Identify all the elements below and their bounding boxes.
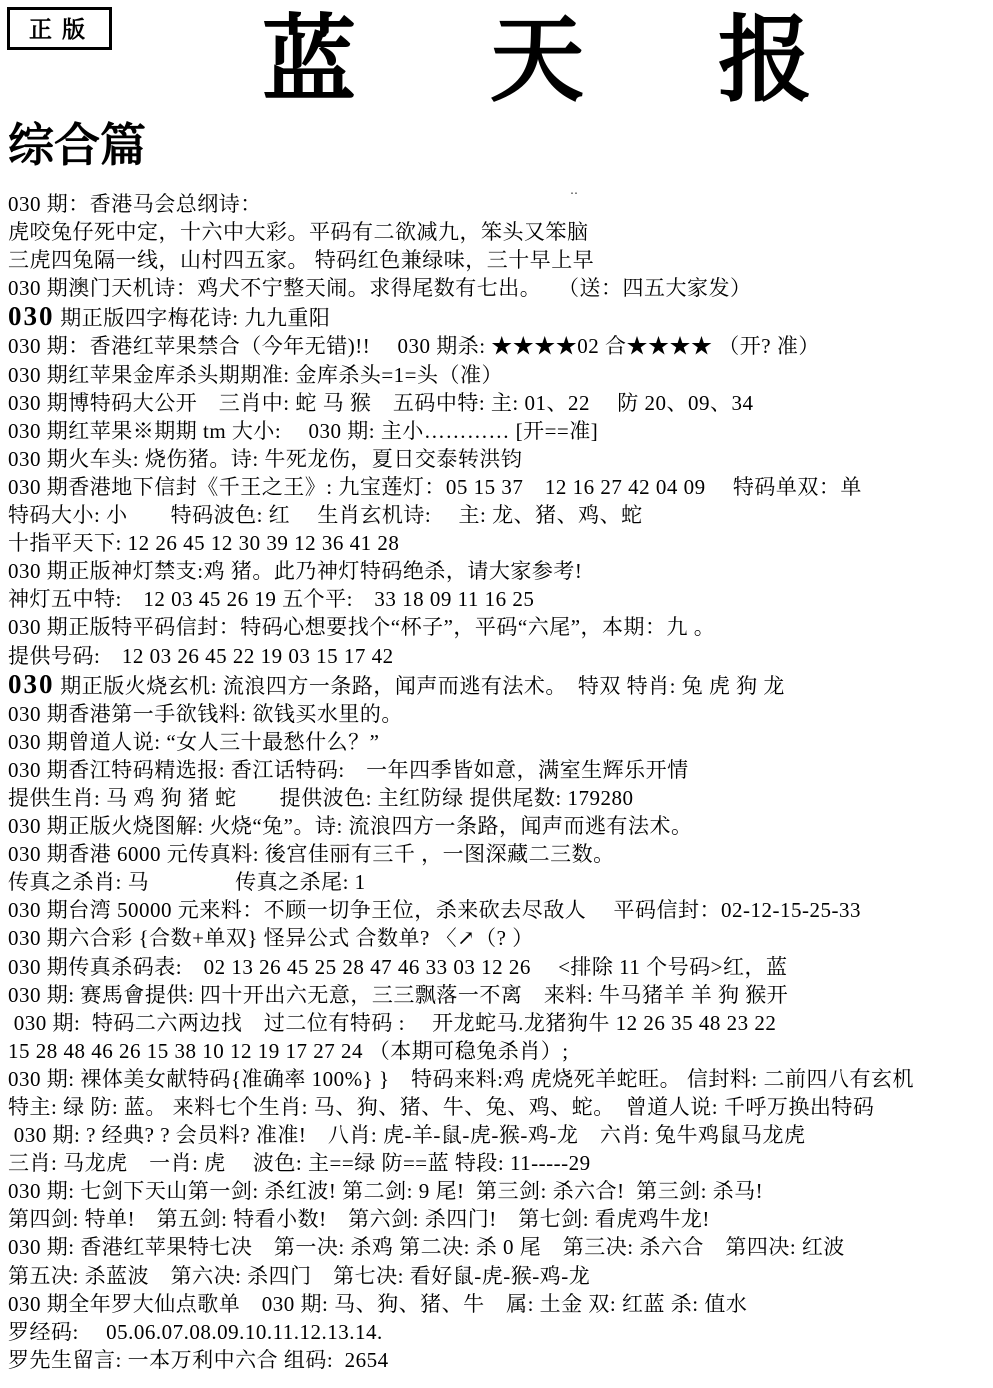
text-line: 030 期六合彩 {合数+单双} 怪异公式 合数单? 〈↗（? ） xyxy=(8,924,990,952)
title-char: 天 xyxy=(490,14,584,108)
text-line: 030 期: 香港红苹果特七决 第一决: 杀鸡 第二决: 杀 0 尾 第三决: … xyxy=(8,1233,990,1261)
issue-number-prefix: 030 xyxy=(8,669,55,699)
authentic-edition-badge: 正版 xyxy=(7,7,112,50)
text-line: 030 期正版四字梅花诗: 九九重阳 xyxy=(8,302,990,332)
text-line: 030 期台湾 50000 元来料：不顾一切争王位，杀来砍去尽敌人 平码信封：0… xyxy=(8,896,990,924)
text-line: 030 期正版火烧图解: 火烧“兔”。诗: 流浪四方一条路，闻声而逃有法术。 xyxy=(8,812,990,840)
text-line: 罗先生留言: 一本万利中六合 组码: 2654 xyxy=(8,1346,990,1374)
newspaper-title: 蓝天报 xyxy=(262,2,812,120)
text-line: 虎咬兔仔死中定，十六中大彩。平码有二欲减九，笨头又笨脑 xyxy=(8,218,990,246)
title-char: 蓝 xyxy=(262,14,356,108)
title-char: 报 xyxy=(718,14,812,108)
text-line: 030 期: 赛馬會提供: 四十开出六无意，三三飘落一不离 来料: 牛马猪羊 羊… xyxy=(8,981,990,1009)
text-line: 030 期澳门天机诗：鸡犬不宁整天闹。求得尾数有七出。 （送：四五大家发） xyxy=(8,274,990,302)
text-line: 030 期曾道人说: “女人三十最愁什么？” xyxy=(8,728,990,756)
text-line: 030 期：香港红苹果禁合（今年无错)!! 030 期杀: ★★★★02 合★★… xyxy=(8,332,990,360)
text-line: 030 期红苹果※期期 tm 大小: 030 期: 主小………… [开==准] xyxy=(8,417,990,445)
text-line: 030 期香港第一手欲钱料: 欲钱买水里的。 xyxy=(8,700,990,728)
text-line: 030 期: 特码二六两边找 过二位有特码 : 开龙蛇马.龙猪狗牛 12 26 … xyxy=(8,1009,990,1037)
text-line: 030 期: ? 经典? ? 会员料? 准准! 八肖: 虎-羊-鼠-虎-猴-鸡-… xyxy=(8,1121,990,1149)
text-line: 十指平天下: 12 26 45 12 30 39 12 36 41 28 xyxy=(8,529,990,557)
text-line: 传真之杀肖: 马 传真之杀尾: 1 xyxy=(8,868,990,896)
body-lines: 030 期：香港马会总纲诗：虎咬兔仔死中定，十六中大彩。平码有二欲减九，笨头又笨… xyxy=(8,190,990,1374)
section-heading: 综合篇 xyxy=(8,118,146,173)
text-line: 030 期全年罗大仙点歌单 030 期: 马、狗、猪、牛 属: 土金 双: 红蓝… xyxy=(8,1290,990,1318)
text-line: 030 期香港地下信封《千王之王》: 九宝莲灯：05 15 37 12 16 2… xyxy=(8,473,990,501)
text-line: 第五决: 杀蓝波 第六决: 杀四门 第七决: 看好鼠-虎-猴-鸡-龙 xyxy=(8,1262,990,1290)
text-line: 提供生肖: 马 鸡 狗 猪 蛇 提供波色: 主红防绿 提供尾数: 179280 xyxy=(8,784,990,812)
text-line: 030 期正版神灯禁支:鸡 猪。此乃神灯特码绝杀，请大家参考! xyxy=(8,557,990,585)
text-line: 030 期红苹果金库杀头期期准: 金库杀头=1=头（准） xyxy=(8,361,990,389)
text-line: 030 期传真杀码表: 02 13 26 45 25 28 47 46 33 0… xyxy=(8,953,990,981)
text-line: 神灯五中特: 12 03 45 26 19 五个平: 33 18 09 11 1… xyxy=(8,585,990,613)
text-line: 030 期火车头: 烧伤猪。诗: 牛死龙伤，夏日交泰转洪钧 xyxy=(8,445,990,473)
text-line: 三肖: 马龙虎 一肖: 虎 波色: 主==绿 防==蓝 特段: 11-----2… xyxy=(8,1149,990,1177)
text-line: 特码大小: 小 特码波色: 红 生肖玄机诗: 主: 龙、猪、鸡、蛇 xyxy=(8,501,990,529)
text-line: 第四剑: 特单! 第五剑: 特看小数! 第六剑: 杀四门! 第七剑: 看虎鸡牛龙… xyxy=(8,1205,990,1233)
text-line: 15 28 48 46 26 15 38 10 12 19 17 27 24 （… xyxy=(8,1037,990,1065)
text-line: 030 期博特码大公开 三肖中: 蛇 马 猴 五码中特: 主: 01、22 防 … xyxy=(8,389,990,417)
text-line: 三虎四兔隔一线，山村四五家。 特码红色兼绿味，三十早上早 xyxy=(8,246,990,274)
text-line: 特主: 绿 防: 蓝。 来料七个生肖: 马、狗、猪、牛、兔、鸡、蛇。 曾道人说:… xyxy=(8,1093,990,1121)
text-line: 030 期正版火烧玄机: 流浪四方一条路，闻声而逃有法术。 特双 特肖: 兔 虎… xyxy=(8,670,990,700)
text-line: 罗经码: 05.06.07.08.09.10.11.12.13.14. xyxy=(8,1318,990,1346)
issue-number-prefix: 030 xyxy=(8,301,55,331)
text-line: 030 期正版特平码信封：特码心想要找个“杯子”，平码“六尾”，本期：九 。 xyxy=(8,613,990,641)
text-line: 030 期: 七剑下天山第一剑: 杀红波! 第二剑: 9 尾! 第三剑: 杀六合… xyxy=(8,1177,990,1205)
text-line: 030 期香港 6000 元传真料: 後宫佳丽有三千 ，一图深藏二三数。 xyxy=(8,840,990,868)
text-line: 030 期: 裸体美女献特码{准确率 100%} } 特码来料:鸡 虎烧死羊蛇旺… xyxy=(8,1065,990,1093)
text-line: 030 期香江特码精选报: 香江话特码: 一年四季皆如意，满室生辉乐开情 xyxy=(8,756,990,784)
text-line: 030 期：香港马会总纲诗： xyxy=(8,190,990,218)
newspaper-page: 正版 蓝天报 ‥ 综合篇 030 期：香港马会总纲诗：虎咬兔仔死中定，十六中大彩… xyxy=(0,0,993,1388)
text-line: 提供号码: 12 03 26 45 22 19 03 15 17 42 xyxy=(8,642,990,670)
